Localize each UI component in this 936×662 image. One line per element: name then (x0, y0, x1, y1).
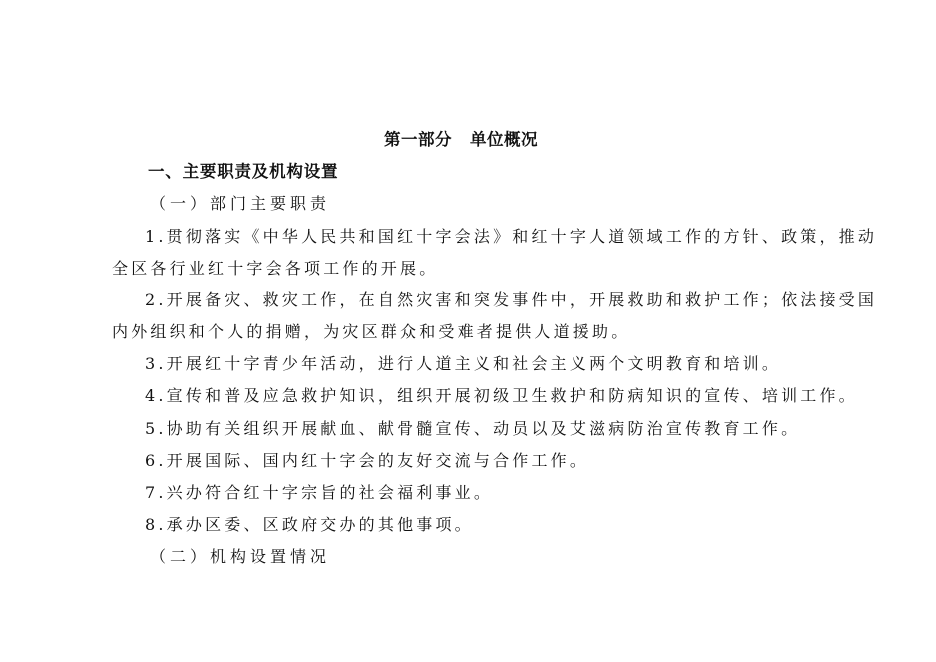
document-page: 第一部分单位概况 一、主要职责及机构设置 （一）部门主要职责 1.贯彻落实《中华… (0, 0, 936, 662)
item-2-line-2: 内外组织和个人的捐赠，为灾区群众和受难者提供人道援助。 (112, 322, 630, 342)
subsection-heading-1: （一）部门主要职责 (150, 194, 330, 214)
item-6: 6.开展国际、国内红十字会的友好交流与合作工作。 (145, 451, 589, 471)
item-3: 3.开展红十字青少年活动，进行人道主义和社会主义两个文明教育和培训。 (145, 354, 781, 374)
item-1-line-2: 全区各行业红十字会各项工作的开展。 (112, 259, 438, 279)
title-name: 单位概况 (470, 130, 538, 149)
item-4: 4.宣传和普及应急救护知识，组织开展初级卫生救护和防病知识的宣传、培训工作。 (145, 386, 858, 406)
item-7: 7.兴办符合红十字宗旨的社会福利事业。 (145, 483, 493, 503)
item-8: 8.承办区委、区政府交办的其他事项。 (145, 515, 474, 535)
item-2-line-1: 2.开展备灾、救灾工作，在自然灾害和突发事件中，开展救助和救护工作；依法接受国 (145, 290, 877, 310)
page-title: 第一部分单位概况 (384, 130, 538, 150)
item-5: 5.协助有关组织开展献血、献骨髓宣传、动员以及艾滋病防治宣传教育工作。 (145, 419, 800, 439)
item-1-line-1: 1.贯彻落实《中华人民共和国红十字会法》和红十字人道领域工作的方针、政策，推动 (145, 227, 877, 247)
section-heading-1: 一、主要职责及机构设置 (148, 162, 338, 182)
subsection-heading-2: （二）机构设置情况 (150, 547, 330, 567)
title-part: 第一部分 (384, 130, 452, 149)
